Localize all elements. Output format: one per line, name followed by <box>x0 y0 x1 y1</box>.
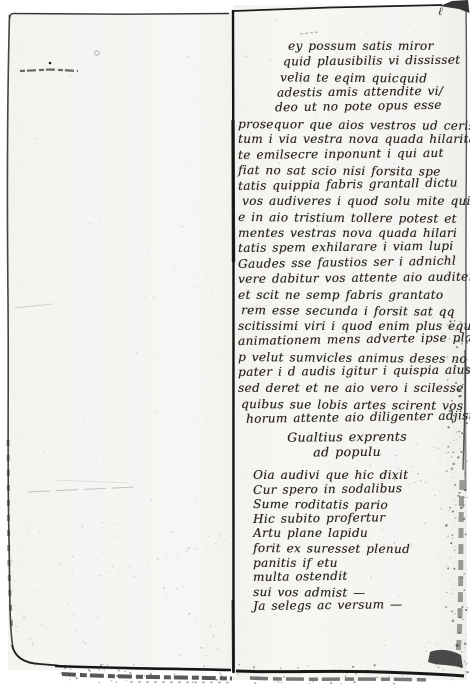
manuscript-line: vos audiveres i quod solu mite quid <box>238 194 466 210</box>
manuscript-line: animationem mens adverte ipse plau <box>238 331 466 350</box>
verse-line: Ja selegs ac versum — <box>253 597 463 614</box>
manuscript-line: pater i d audis igitur i quispia aius <box>238 363 466 381</box>
manuscript-line: te emilsecre inponunt i qui aut <box>238 145 466 163</box>
verse-block: Oia audivi que hic dixit Cur spero in so… <box>253 468 463 614</box>
verse-line: Cur spero in sodalibus <box>253 480 463 497</box>
manuscript-line: deo ut no pote opus esse <box>238 98 466 117</box>
verse-line: multa ostendit <box>253 568 463 585</box>
manuscript-line: horum attente aio diligenter adjistis <box>238 409 466 428</box>
folio-mark: ℓ <box>438 5 443 19</box>
verse-line: Hic subito profertur <box>253 509 463 526</box>
heading-line: Gualtius exprents <box>252 428 442 445</box>
manuscript-scan: ℓ ey possum satis miror quid plausibilis… <box>0 0 470 685</box>
manuscript-line: vere dabitur vos attente aio auditer <box>238 270 466 288</box>
manuscript-line: et scit ne semp fabris grantato <box>238 288 466 304</box>
manuscript-line: sed deret et ne aio vero i scilesse <box>238 381 466 397</box>
manuscript-line: tatis quippia fabris grantall dictu <box>238 175 466 194</box>
heading-line: ad populu <box>252 443 442 460</box>
section-heading: Gualtius exprents ad populu <box>252 430 442 460</box>
verse-line: Artu plane lapidu <box>253 526 463 541</box>
manuscript-line: quid plausibilis vi dississet <box>238 52 466 70</box>
main-text-block: ey possum satis miror quid plausibilis v… <box>238 39 466 428</box>
left-page <box>8 13 233 670</box>
